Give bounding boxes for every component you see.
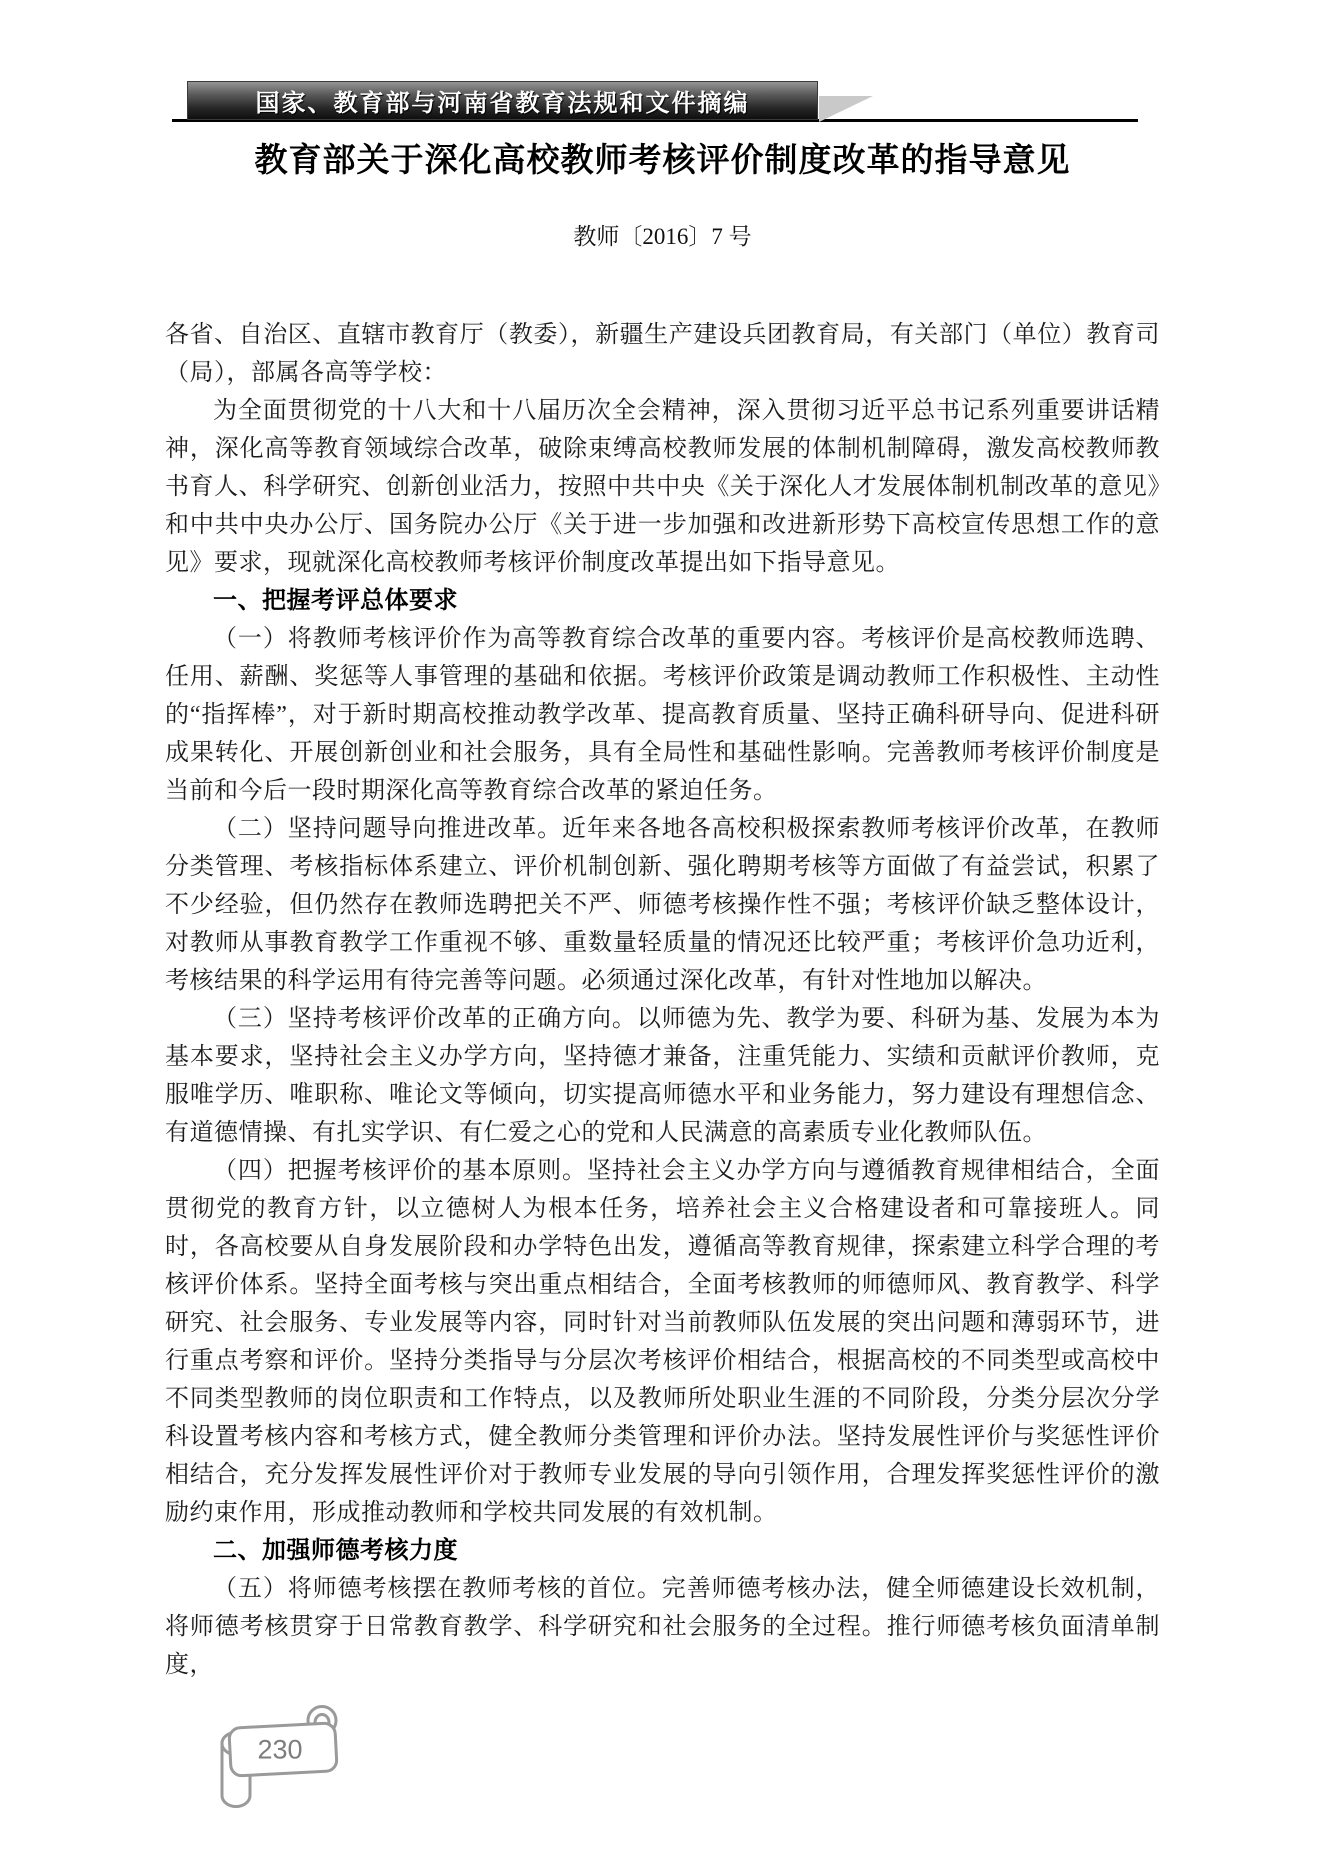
body-paragraph: （五）将师德考核摆在教师考核的首位。完善师德考核办法，健全师德建设长效机制，将师… <box>165 1570 1160 1684</box>
scroll-icon: 230 <box>200 1693 350 1823</box>
body-paragraph: （一）将教师考核评价作为高等教育综合改革的重要内容。考核评价是高校教师选聘、任用… <box>165 620 1160 810</box>
document-title: 教育部关于深化高校教师考核评价制度改革的指导意见 <box>165 138 1160 182</box>
page-number: 230 <box>257 1735 302 1765</box>
header-banner-title: 国家、教育部与河南省教育法规和文件摘编 <box>256 83 750 118</box>
page: { "header": { "banner_title": "国家、教育部与河南… <box>0 0 1323 1871</box>
body-paragraph: 各省、自治区、直辖市教育厅（教委），新疆生产建设兵团教育局，有关部门（单位）教育… <box>165 316 1160 392</box>
document-body: 各省、自治区、直辖市教育厅（教委），新疆生产建设兵团教育局，有关部门（单位）教育… <box>165 316 1160 1684</box>
section-heading: 二、加强师德考核力度 <box>165 1532 1160 1570</box>
section-heading: 一、把握考评总体要求 <box>165 582 1160 620</box>
header-banner: 国家、教育部与河南省教育法规和文件摘编 <box>187 81 818 120</box>
document-content: 教育部关于深化高校教师考核评价制度改革的指导意见 教师〔2016〕7 号 各省、… <box>165 138 1160 1684</box>
body-paragraph: （二）坚持问题导向推进改革。近年来各地各高校积极探索教师考核评价改革，在教师分类… <box>165 810 1160 1000</box>
body-paragraph: （三）坚持考核评价改革的正确方向。以师德为先、教学为要、科研为基、发展为本为基本… <box>165 1000 1160 1152</box>
page-number-scroll: 230 <box>200 1693 350 1823</box>
body-paragraph: （四）把握考核评价的基本原则。坚持社会主义办学方向与遵循教育规律相结合，全面贯彻… <box>165 1152 1160 1532</box>
document-number: 教师〔2016〕7 号 <box>165 222 1160 252</box>
body-paragraph: 为全面贯彻党的十八大和十八届历次全会精神，深入贯彻习近平总书记系列重要讲话精神，… <box>165 392 1160 582</box>
